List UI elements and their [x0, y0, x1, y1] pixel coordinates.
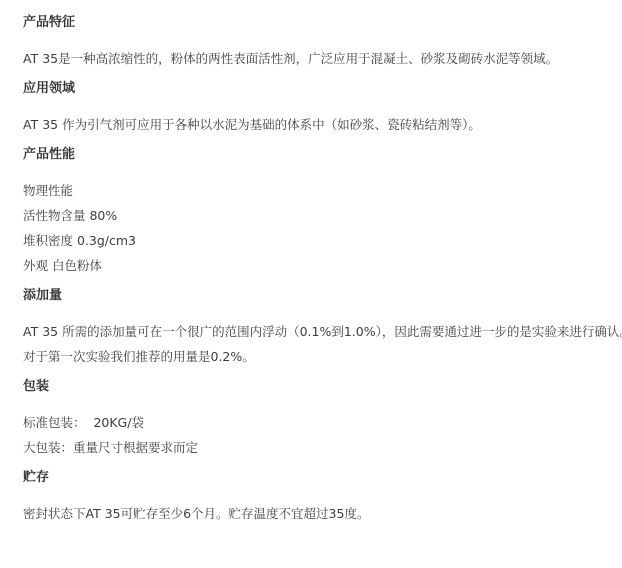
appearance-line: 外观 白色粉体 — [23, 257, 612, 274]
section-heading-applications: 应用领域 — [23, 80, 612, 97]
section-storage: 贮存 密封状态下AT 35可贮存至少6个月。贮存温度不宜超过35度。 — [23, 469, 612, 522]
section-heading-features: 产品特征 — [23, 14, 612, 31]
standard-packaging-line: 标准包装： 20KG/袋 — [23, 414, 612, 431]
section-heading-dosage: 添加量 — [23, 287, 612, 304]
physical-properties-label: 物理性能 — [23, 182, 612, 199]
paragraph-line: AT 35是一种高浓缩性的，粉体的两性表面活性剂，广泛应用于混凝土、砂浆及砌砖水… — [23, 50, 612, 67]
section-packaging: 包装 标准包装： 20KG/袋 大包装：重量尺寸根据要求而定 — [23, 378, 612, 456]
paragraph-line: 密封状态下AT 35可贮存至少6个月。贮存温度不宜超过35度。 — [23, 505, 612, 522]
bulk-packaging-line: 大包装：重量尺寸根据要求而定 — [23, 439, 612, 456]
section-product-features: 产品特征 AT 35是一种高浓缩性的，粉体的两性表面活性剂，广泛应用于混凝土、砂… — [23, 14, 612, 67]
bulk-density-line: 堆积密度 0.3g/cm3 — [23, 232, 612, 249]
active-content-line: 活性物含量 80% — [23, 207, 612, 224]
section-heading-storage: 贮存 — [23, 469, 612, 486]
paragraph-line: AT 35 所需的添加量可在一个很广的范围内浮动（0.1%到1.0%），因此需要… — [23, 323, 612, 340]
section-heading-packaging: 包装 — [23, 378, 612, 395]
section-heading-properties: 产品性能 — [23, 146, 612, 163]
paragraph-line: AT 35 作为引气剂可应用于各种以水泥为基础的体系中（如砂浆、瓷砖粘结剂等）。 — [23, 116, 612, 133]
section-product-properties: 产品性能 物理性能 活性物含量 80% 堆积密度 0.3g/cm3 外观 白色粉… — [23, 146, 612, 274]
section-applications: 应用领域 AT 35 作为引气剂可应用于各种以水泥为基础的体系中（如砂浆、瓷砖粘… — [23, 80, 612, 133]
product-spec-document: 产品特征 AT 35是一种高浓缩性的，粉体的两性表面活性剂，广泛应用于混凝土、砂… — [0, 0, 622, 568]
paragraph-line: 对于第一次实验我们推荐的用量是0.2%。 — [23, 348, 612, 365]
section-dosage: 添加量 AT 35 所需的添加量可在一个很广的范围内浮动（0.1%到1.0%），… — [23, 287, 612, 365]
